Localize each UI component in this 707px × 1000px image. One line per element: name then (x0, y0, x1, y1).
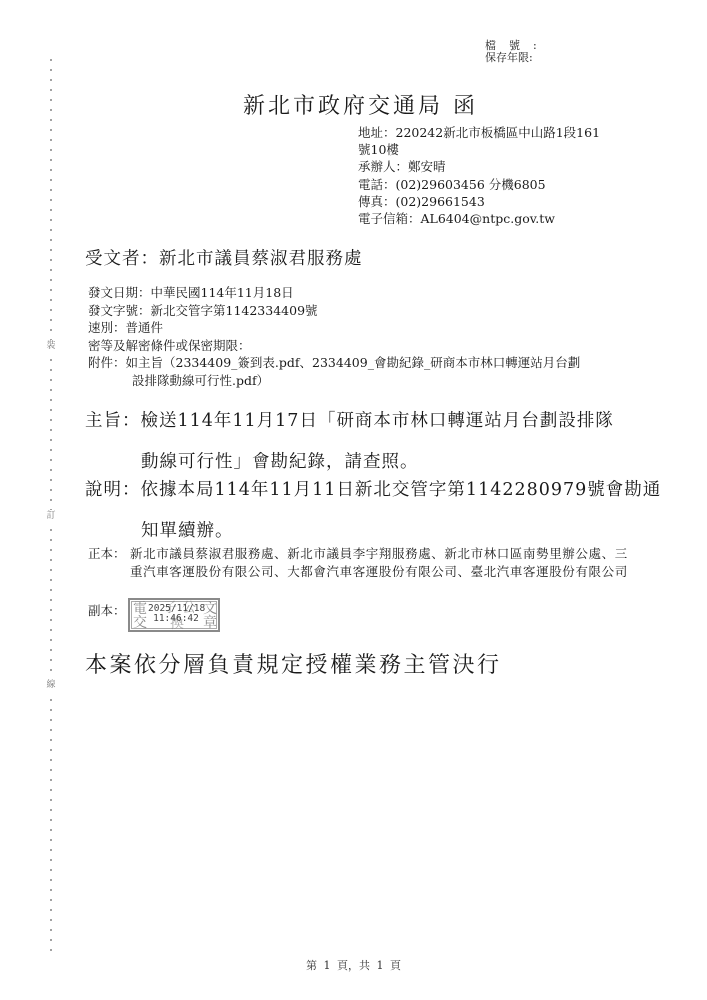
attachments: 附件：如主旨（2334409_簽到表.pdf、2334409_會勘紀錄_研商本市… (88, 354, 648, 372)
sender-handler: 承辦人：鄭安晴 (358, 158, 628, 175)
subject-line1: 主旨：檢送114年11月17日「研商本市林口轉運站月台劃設排隊 (85, 411, 614, 431)
recipient: 受文者：新北市議員蔡淑君服務處 (85, 245, 363, 270)
explanation-line1: 說明：依據本局114年11月11日新北交管字第1142280979號會勘通 (85, 480, 661, 500)
explanation: 說明：依據本局114年11月11日新北交管字第1142280979號會勘通 知單… (85, 476, 661, 542)
stamp-char: 交 (133, 616, 147, 630)
sender-address-cont: 號10樓 (358, 141, 628, 158)
stamp-char: 電 (133, 602, 147, 616)
stamp-timestamp: 2025/11/18 11:46:42 (148, 604, 204, 624)
binding-mark-staple: 訂 (44, 510, 58, 522)
document-title: 新北市政府交通局 函 (243, 89, 478, 120)
explanation-line2: 知單續辦。 (85, 517, 661, 542)
binding-mark-bind: 裝 (44, 340, 58, 352)
binding-dotted-line (50, 55, 52, 955)
subject-line2: 動線可行性」會勘紀錄，請查照。 (85, 448, 614, 473)
delegation-statement: 本案依分層負責規定授權業務主管決行 (85, 648, 502, 679)
e-document-exchange-stamp: 電 子 公 文 交 換 章 2025/11/18 11:46:42 (128, 598, 220, 632)
distribution-original: 正本： 新北市議員蔡淑君服務處、新北市議員李宇翔服務處、新北市林口區南勢里辦公處… (88, 545, 648, 580)
stamp-time: 11:46:42 (148, 614, 204, 624)
original-recipients: 新北市議員蔡淑君服務處、新北市議員李宇翔服務處、新北市林口區南勢里辦公處、三重汽… (130, 545, 630, 580)
retention-period-label: 保存年限: (485, 52, 533, 64)
distribution-copy-label: 副本： (88, 601, 126, 619)
sender-fax: 傳真：(02)29661543 (358, 193, 628, 210)
issue-date: 發文日期：中華民國114年11月18日 (88, 284, 648, 302)
secrecy-level: 密等及解密條件或保密期限： (88, 337, 648, 355)
attachments-cont: 設排隊動線可行性.pdf） (88, 372, 648, 390)
sender-address: 地址：220242新北市板橋區中山路1段161 (358, 124, 628, 141)
sender-info: 地址：220242新北市板橋區中山路1段161 號10樓 承辦人：鄭安晴 電話：… (358, 124, 628, 227)
original-label: 正本： (88, 545, 126, 563)
filing-info: 檔號: 保存年限: (485, 40, 550, 64)
delivery-speed: 速別：普通件 (88, 319, 648, 337)
stamp-char: 章 (203, 616, 217, 630)
sender-phone: 電話：(02)29603456 分機6805 (358, 176, 628, 193)
stamp-char: 文 (203, 602, 217, 616)
document-number: 發文字號：新北交管字第1142334409號 (88, 302, 648, 320)
subject: 主旨：檢送114年11月17日「研商本市林口轉運站月台劃設排隊 動線可行性」會勘… (85, 407, 614, 473)
document-meta: 發文日期：中華民國114年11月18日 發文字號：新北交管字第114233440… (88, 284, 648, 389)
sender-email: 電子信箱：AL6404@ntpc.gov.tw (358, 210, 628, 227)
page-number: 第 1 頁，共 1 頁 (0, 957, 707, 973)
binding-mark-line: 線 (44, 679, 58, 691)
